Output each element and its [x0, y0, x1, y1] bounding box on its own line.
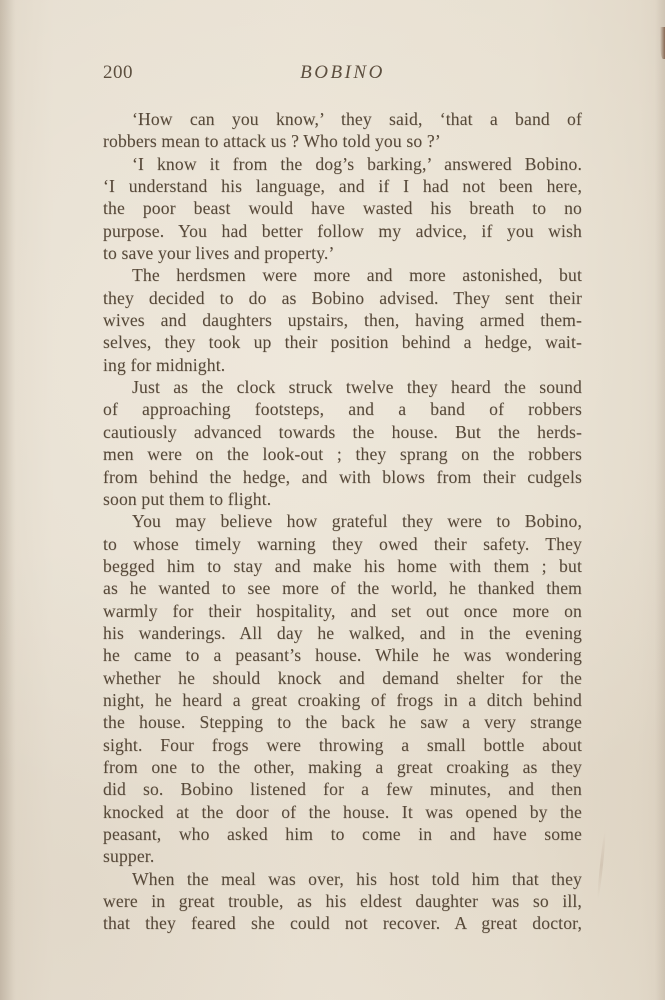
- text-line: whether he should knock and demand shelt…: [103, 667, 582, 689]
- text-line: robbers mean to attack us ? Who told you…: [103, 130, 582, 152]
- text-line: to save your lives and property.’: [103, 242, 582, 264]
- running-head: 200 BOBINO: [103, 62, 582, 86]
- text-line: peasant, who asked him to come in and ha…: [103, 823, 582, 845]
- paragraph: You may believe how grateful they were t…: [103, 510, 582, 868]
- paragraph: Just as the clock struck twelve they hea…: [103, 376, 582, 510]
- paragraph: The herdsmen were more and more astonish…: [103, 264, 582, 376]
- text-line: The herdsmen were more and more astonish…: [103, 264, 582, 286]
- text-line: Just as the clock struck twelve they hea…: [103, 376, 582, 398]
- text-line: supper.: [103, 845, 582, 867]
- paper-crease: [596, 830, 606, 900]
- text-line: warmly for their hospitality, and set ou…: [103, 600, 582, 622]
- text-line: selves, they took up their position behi…: [103, 331, 582, 353]
- text-line: from one to the other, making a great cr…: [103, 756, 582, 778]
- text-line: ‘How can you know,’ they said, ‘that a b…: [103, 108, 582, 130]
- text-line: ‘I know it from the dog’s barking,’ answ…: [103, 153, 582, 175]
- body-text: ‘How can you know,’ they said, ‘that a b…: [103, 108, 582, 935]
- text-line: begged him to stay and make his home wit…: [103, 555, 582, 577]
- text-column: 200 BOBINO ‘How can you know,’ they said…: [103, 62, 582, 935]
- text-line: sight. Four frogs were throwing a small …: [103, 734, 582, 756]
- page-edge-notch: [660, 27, 665, 59]
- text-line: men were on the look-out ; they sprang o…: [103, 443, 582, 465]
- paragraph: When the meal was over, his host told hi…: [103, 868, 582, 935]
- text-line: ing for midnight.: [103, 354, 582, 376]
- text-line: did so. Bobino listened for a few minute…: [103, 778, 582, 800]
- page-edge-shading-left: [0, 0, 16, 1000]
- text-line: the poor beast would have wasted his bre…: [103, 197, 582, 219]
- text-line: You may believe how grateful they were t…: [103, 510, 582, 532]
- text-line: soon put them to flight.: [103, 488, 582, 510]
- text-line: ‘I understand his language, and if I had…: [103, 175, 582, 197]
- text-line: he came to a peasant’s house. While he w…: [103, 644, 582, 666]
- text-line: to whose timely warning they owed their …: [103, 533, 582, 555]
- text-line: purpose. You had better follow my advice…: [103, 220, 582, 242]
- text-line: knocked at the door of the house. It was…: [103, 801, 582, 823]
- text-line: that they feared she could not recover. …: [103, 912, 582, 934]
- text-line: wives and daughters upstairs, then, havi…: [103, 309, 582, 331]
- text-line: were in great trouble, as his eldest dau…: [103, 890, 582, 912]
- text-line: of approaching footsteps, and a band of …: [103, 398, 582, 420]
- text-line: as he wanted to see more of the world, h…: [103, 577, 582, 599]
- text-line: When the meal was over, his host told hi…: [103, 868, 582, 890]
- running-title: BOBINO: [103, 62, 582, 84]
- book-page: 200 BOBINO ‘How can you know,’ they said…: [0, 0, 665, 1000]
- text-line: night, he heard a great croaking of frog…: [103, 689, 582, 711]
- page-edge-shading-right: [655, 0, 665, 1000]
- text-line: his wanderings. All day he walked, and i…: [103, 622, 582, 644]
- text-line: cautiously advanced towards the house. B…: [103, 421, 582, 443]
- paragraph: ‘I know it from the dog’s barking,’ answ…: [103, 153, 582, 265]
- paragraph: ‘How can you know,’ they said, ‘that a b…: [103, 108, 582, 153]
- text-line: the house. Stepping to the back he saw a…: [103, 711, 582, 733]
- text-line: from behind the hedge, and with blows fr…: [103, 466, 582, 488]
- text-line: they decided to do as Bobino advised. Th…: [103, 287, 582, 309]
